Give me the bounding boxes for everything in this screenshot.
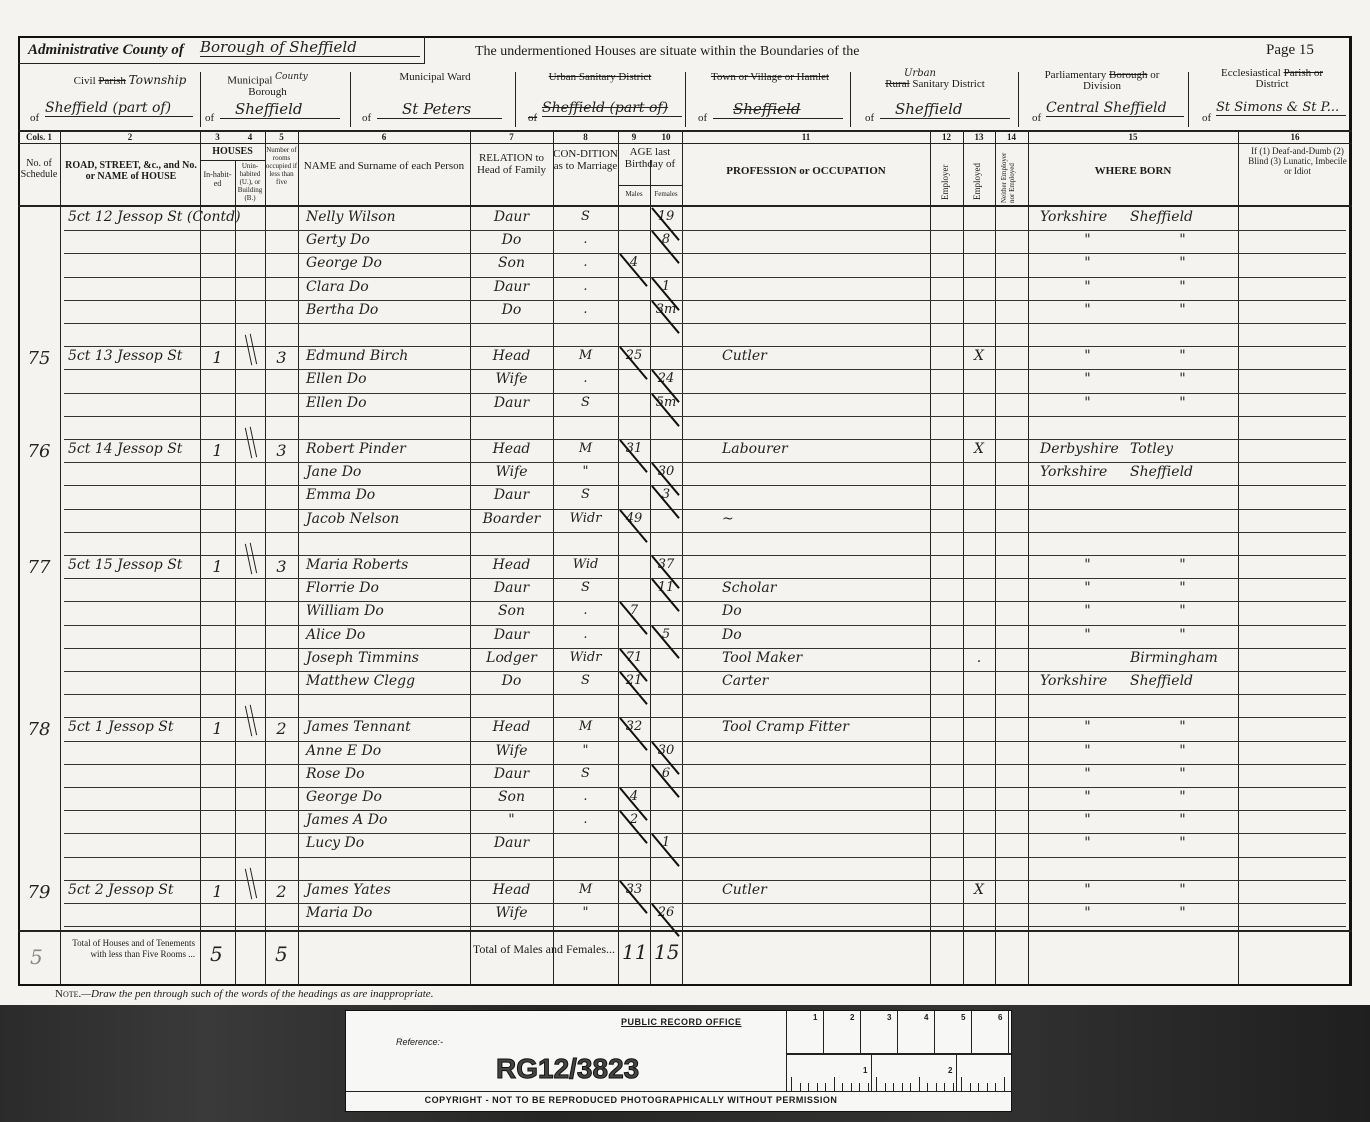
division-label-sanitary-district: UrbanRural Sanitary District (855, 68, 1015, 90)
employed-mark: X (963, 441, 995, 457)
col-heading-condition: CON-DITION as to Marriage (553, 148, 618, 172)
person-name: George Do (306, 255, 470, 271)
table-row (0, 532, 1370, 555)
col-heading-males: Males (618, 190, 650, 199)
rooms-total: 5 (275, 942, 288, 966)
table-row: Alice DoDaur.5Do"" (0, 625, 1370, 648)
birth-place: " (1130, 302, 1235, 318)
address: 5ct 13 Jessop St (68, 348, 200, 364)
col-heading-neither: Neither Employer nor Employed (1000, 148, 1024, 203)
occupation: Tool Maker (722, 650, 930, 666)
person-name: Bertha Do (306, 302, 470, 318)
scale-minor-tick (808, 1083, 809, 1091)
scale-minor-tick (885, 1083, 886, 1091)
occupation: Do (722, 603, 930, 619)
table-row: Bertha DoDo.3m"" (0, 300, 1370, 323)
division-label-urban-sanitary: Urban Sanitary District (520, 72, 680, 83)
record-office-label: PUBLIC RECORD OFFICE (621, 1017, 742, 1027)
division-label-municipal-borough: Municipal County Borough (210, 72, 325, 98)
col-heading-uninhabited: Unin-habited (U.), or Building (B.) (235, 162, 265, 202)
col-heading-houses: HOUSES (200, 146, 265, 157)
scale-minor-tick (825, 1083, 826, 1091)
relation: Wife (470, 371, 553, 387)
reference-code: RG12/3823 (496, 1053, 639, 1085)
scale-minor-tick (927, 1083, 928, 1091)
person-name: Gerty Do (306, 232, 470, 248)
person-name: Rose Do (306, 766, 470, 782)
of-prefix: of (205, 112, 214, 124)
table-row: Ellen DoDaurS5m"" (0, 393, 1370, 416)
marital-condition: . (553, 255, 618, 270)
column-number: 4 (235, 132, 265, 142)
column-number: 3 (200, 132, 235, 142)
schedule-total: 5 (30, 945, 43, 969)
marital-condition: M (553, 719, 618, 734)
table-row: 795ct 2 Jessop St12James YatesHeadM33Cut… (0, 880, 1370, 903)
column-number: 13 (963, 132, 995, 142)
scale-minor-tick (919, 1077, 920, 1091)
relation: Head (470, 557, 553, 573)
birth-county: " (1040, 279, 1135, 295)
birth-place: Sheffield (1130, 209, 1235, 225)
birth-place: " (1130, 627, 1235, 643)
birth-place: " (1130, 835, 1235, 851)
relation: Head (470, 882, 553, 898)
person-name: James Tennant (306, 719, 470, 735)
division-label-civil-parish: Civil Parish Township (55, 75, 205, 87)
table-row: Maria DoWife"26"" (0, 903, 1370, 926)
relation: Son (470, 789, 553, 805)
person-name: Ellen Do (306, 371, 470, 387)
column-number: 16 (1238, 132, 1352, 142)
occupation: Labourer (722, 441, 930, 457)
table-row: Florrie DoDaurS11Scholar"" (0, 578, 1370, 601)
schedule-number: 79 (18, 882, 60, 903)
birth-place: " (1130, 255, 1235, 271)
column-number: 2 (60, 132, 200, 142)
scale-label: 3 (887, 1013, 891, 1022)
marital-condition: S (553, 395, 618, 410)
birth-county: " (1040, 603, 1135, 619)
table-row: Clara DoDaur.1"" (0, 277, 1370, 300)
birth-place: " (1130, 279, 1235, 295)
column-number: 7 (470, 132, 553, 142)
birth-county: " (1040, 766, 1135, 782)
division-value-municipal-ward: St Peters (377, 100, 502, 119)
scale-minor-tick (936, 1083, 937, 1091)
person-name: Alice Do (306, 627, 470, 643)
scale-tick (956, 1055, 957, 1091)
scale-label: 2 (850, 1013, 854, 1022)
table-row: Lucy DoDaur1"" (0, 833, 1370, 856)
inhabited-count: 1 (200, 441, 235, 460)
relation: Daur (470, 209, 553, 225)
birth-place: Sheffield (1130, 464, 1235, 480)
birth-county: " (1040, 743, 1135, 759)
table-row: 5ct 12 Jessop St (Contd)Nelly WilsonDaur… (0, 207, 1370, 230)
schedule-number: 76 (18, 441, 60, 462)
birth-place: Birmingham (1130, 650, 1235, 666)
scale-tick (897, 1011, 898, 1053)
division-value-municipal-borough: Sheffield (220, 100, 340, 119)
page-number: Page 15 (1266, 42, 1314, 59)
person-name: Ellen Do (306, 395, 470, 411)
occupation: Cutler (722, 348, 930, 364)
col-heading-inhabited: In-habit-ed (200, 170, 235, 188)
persons-total-label: Total of Males and Females... (420, 942, 615, 957)
marital-condition: " (553, 464, 618, 479)
marital-condition: S (553, 487, 618, 502)
scale-minor-tick (978, 1083, 979, 1091)
public-record-office-card: PUBLIC RECORD OFFICE Reference:- RG12/38… (345, 1010, 1012, 1112)
marital-condition: S (553, 766, 618, 781)
admin-county-box-bottom (18, 63, 424, 64)
birth-county: " (1040, 348, 1135, 364)
relation: Do (470, 302, 553, 318)
scale-tick (1008, 1011, 1009, 1053)
scale-tick (934, 1011, 935, 1053)
table-row: Jacob NelsonBoarderWidr49~ (0, 509, 1370, 532)
table-row: 785ct 1 Jessop St12James TennantHeadM32T… (0, 717, 1370, 740)
scale-minor-tick (851, 1083, 852, 1091)
division-label-parliamentary: Parliamentary Borough orDivision (1022, 70, 1182, 92)
person-name: Emma Do (306, 487, 470, 503)
person-name: Edmund Birch (306, 348, 470, 364)
card-rule (346, 1091, 1011, 1092)
inhabited-count: 1 (200, 719, 235, 738)
of-prefix: of (1202, 112, 1211, 124)
birth-county: " (1040, 371, 1135, 387)
column-number: 9 (618, 132, 650, 142)
table-row (0, 323, 1370, 346)
scale-minor-tick (961, 1077, 962, 1091)
division-value-parliamentary: Central Sheffield (1046, 100, 1184, 117)
of-prefix: of (698, 112, 707, 124)
schedule-number: 75 (18, 348, 60, 369)
houses-rule (200, 160, 265, 161)
birth-county: Yorkshire (1040, 673, 1135, 689)
scale-minor-tick (995, 1083, 996, 1091)
address: 5ct 15 Jessop St (68, 557, 200, 573)
marital-condition: S (553, 580, 618, 595)
scale-tick (860, 1011, 861, 1053)
marital-condition: . (553, 302, 618, 317)
column-number: Cols. 1 (18, 132, 60, 142)
birth-place: " (1130, 719, 1235, 735)
scale-minor-tick (834, 1077, 835, 1091)
birth-county: " (1040, 905, 1135, 921)
scale-label: 4 (924, 1013, 928, 1022)
relation: Head (470, 348, 553, 364)
birth-place: " (1130, 766, 1235, 782)
division-label-ecclesiastical: Ecclesiastical Parish orDistrict (1192, 68, 1352, 90)
scale-minor-tick (902, 1083, 903, 1091)
scale-tick (871, 1055, 872, 1091)
of-prefix: of (865, 112, 874, 124)
table-row (0, 694, 1370, 717)
relation: Son (470, 255, 553, 271)
inhabited-count: 1 (200, 557, 235, 576)
divider (685, 72, 686, 127)
col-heading-infirmity: If (1) Deaf-and-Dumb (2) Blind (3) Lunat… (1245, 146, 1350, 176)
marital-condition: . (553, 371, 618, 386)
marital-condition: Widr (553, 511, 618, 526)
col-heading-employer: Employer (940, 150, 950, 200)
scale-minor-tick (791, 1077, 792, 1091)
marital-condition: " (553, 905, 618, 920)
person-name: Joseph Timmins (306, 650, 470, 666)
scale-minor-tick (910, 1083, 911, 1091)
column-number: 5 (265, 132, 298, 142)
scale-minor-tick (868, 1083, 869, 1091)
scale-minor-tick (842, 1083, 843, 1091)
birth-county: " (1040, 882, 1135, 898)
divider (515, 72, 516, 127)
column-number: 8 (553, 132, 618, 142)
scale-border (786, 1011, 787, 1091)
division-value-town-village: Sheffield (713, 100, 843, 119)
col-heading-schedule: No. of Schedule (18, 158, 60, 180)
division-value-ecclesiastical: St Simons & St P... (1216, 100, 1346, 116)
rooms-count: 3 (265, 557, 298, 576)
relation: Daur (470, 580, 553, 596)
birth-county: " (1040, 557, 1135, 573)
person-name: Florrie Do (306, 580, 470, 596)
table-row: 755ct 13 Jessop St13Edmund BirchHeadM25C… (0, 346, 1370, 369)
person-name: Clara Do (306, 279, 470, 295)
col-heading-road: ROAD, STREET, &c., and No. or NAME of HO… (62, 160, 200, 182)
scale-minor-tick (944, 1083, 945, 1091)
relation: Lodger (470, 650, 553, 666)
scale-tick (971, 1011, 972, 1053)
birth-place: " (1130, 905, 1235, 921)
relation: Do (470, 232, 553, 248)
birth-place: " (1130, 812, 1235, 828)
houses-total-label: Total of Houses and of Tenements with le… (65, 938, 195, 960)
birth-place: " (1130, 395, 1235, 411)
marital-condition: Wid (553, 557, 618, 572)
column-number: 12 (930, 132, 963, 142)
address: 5ct 1 Jessop St (68, 719, 200, 735)
relation: Daur (470, 487, 553, 503)
column-number: 10 (650, 132, 682, 142)
scale-minor-tick (953, 1083, 954, 1091)
birth-county: " (1040, 302, 1135, 318)
scale-minor-tick (817, 1083, 818, 1091)
birth-county: " (1040, 580, 1135, 596)
table-row: William DoSon.7Do"" (0, 601, 1370, 624)
divider (1018, 72, 1019, 127)
intro-text: The undermentioned Houses are situate wi… (475, 44, 860, 60)
of-prefix: of (362, 112, 371, 124)
column-number: 14 (995, 132, 1028, 142)
col-heading-employed: Employed (972, 150, 982, 200)
person-name: William Do (306, 603, 470, 619)
schedule-number: 78 (18, 719, 60, 740)
scale-tick (823, 1011, 824, 1053)
division-value-civil-parish: Sheffield (part of) (45, 100, 193, 117)
birth-county: Derbyshire (1040, 441, 1135, 457)
divider (850, 72, 851, 127)
division-value-sanitary-district: Sheffield (880, 100, 1010, 119)
admin-county-label: Administrative County of (28, 42, 184, 59)
females-total: 15 (654, 940, 679, 964)
scale-minor-tick (970, 1083, 971, 1091)
table-row (0, 857, 1370, 880)
footnote-text: —Draw the pen through such of the words … (81, 988, 433, 1000)
column-number: 6 (298, 132, 470, 142)
relation: Wife (470, 743, 553, 759)
schedule-number: 77 (18, 557, 60, 578)
birth-place: " (1130, 882, 1235, 898)
header-rule (18, 143, 1352, 144)
person-name: Anne E Do (306, 743, 470, 759)
birth-county: " (1040, 812, 1135, 828)
table-row: George DoSon.4"" (0, 253, 1370, 276)
scale-minor-tick (1004, 1077, 1005, 1091)
scale-label: 1 (863, 1066, 867, 1075)
relation: Daur (470, 835, 553, 851)
table-row (0, 416, 1370, 439)
table-row: 775ct 15 Jessop St13Maria RobertsHeadWid… (0, 555, 1370, 578)
scale-divider (786, 1053, 1011, 1055)
admin-county-box-side (424, 36, 425, 64)
table-row: Emma DoDaurS3 (0, 485, 1370, 508)
birth-county: " (1040, 627, 1135, 643)
table-row: Matthew CleggDoS21CarterYorkshireSheffie… (0, 671, 1370, 694)
col-heading-where-born: WHERE BORN (1028, 165, 1238, 177)
rooms-count: 2 (265, 882, 298, 901)
rooms-count: 3 (265, 348, 298, 367)
col-heading-females: Females (650, 190, 682, 199)
birth-place: " (1130, 603, 1235, 619)
birth-place: " (1130, 789, 1235, 805)
footnote-label: Note. (55, 988, 81, 1000)
relation: Wife (470, 464, 553, 480)
occupation: ~ (722, 511, 930, 527)
relation: Boarder (470, 511, 553, 527)
occupation: Cutler (722, 882, 930, 898)
marital-condition: M (553, 882, 618, 897)
relation: " (470, 812, 553, 828)
relation: Daur (470, 279, 553, 295)
divider (1188, 72, 1189, 127)
birth-county: " (1040, 232, 1135, 248)
marital-condition: S (553, 209, 618, 224)
table-row: Joseph TimminsLodgerWidr71Tool Maker.Bir… (0, 648, 1370, 671)
table-row: 765ct 14 Jessop St13Robert PinderHeadM31… (0, 439, 1370, 462)
col-heading-rooms: Number of rooms occupied if less than fi… (265, 146, 298, 186)
admin-county-value: Borough of Sheffield (200, 38, 420, 57)
occupation: Scholar (722, 580, 930, 596)
reference-label: Reference:- (396, 1037, 443, 1047)
scale-minor-tick (893, 1083, 894, 1091)
scale-label: 1 (813, 1013, 817, 1022)
person-name: Maria Do (306, 905, 470, 921)
marital-condition: Widr (553, 650, 618, 665)
rooms-count: 3 (265, 441, 298, 460)
marital-condition: . (553, 789, 618, 804)
marital-condition: . (553, 812, 618, 827)
relation: Daur (470, 766, 553, 782)
scale-minor-tick (876, 1077, 877, 1091)
column-number: 11 (682, 132, 930, 142)
table-row: George DoSon.4"" (0, 787, 1370, 810)
employed-mark: . (963, 650, 995, 666)
division-value-urban-sanitary: Sheffield (part of) (542, 100, 682, 117)
of-prefix: of (1032, 112, 1041, 124)
birth-county: " (1040, 719, 1135, 735)
col-heading-occupation: PROFESSION or OCCUPATION (682, 165, 930, 177)
person-name: George Do (306, 789, 470, 805)
rooms-count: 2 (265, 719, 298, 738)
of-prefix: of (30, 112, 39, 124)
col-heading-relation: RELATION to Head of Family (470, 152, 553, 176)
scale-label: 6 (998, 1013, 1002, 1022)
inhabited-count: 1 (200, 882, 235, 901)
person-name: Lucy Do (306, 835, 470, 851)
scale-label: 2 (948, 1066, 952, 1075)
birth-county: " (1040, 395, 1135, 411)
occupation: Carter (722, 673, 930, 689)
person-name: Matthew Clegg (306, 673, 470, 689)
birth-place: " (1130, 743, 1235, 759)
person-name: Maria Roberts (306, 557, 470, 573)
of-prefix: of (528, 112, 537, 124)
address: 5ct 2 Jessop St (68, 882, 200, 898)
relation: Head (470, 719, 553, 735)
marital-condition: . (553, 627, 618, 642)
birth-place: " (1130, 348, 1235, 364)
person-name: Jacob Nelson (306, 511, 470, 527)
relation: Wife (470, 905, 553, 921)
scale-minor-tick (987, 1083, 988, 1091)
col-heading-name: NAME and Surname of each Person (298, 160, 470, 172)
birth-county: Yorkshire (1040, 209, 1135, 225)
relation: Do (470, 673, 553, 689)
totals-rule (18, 930, 1352, 932)
table-row: James A Do".2"" (0, 810, 1370, 833)
birth-place: " (1130, 232, 1235, 248)
person-name: Robert Pinder (306, 441, 470, 457)
birth-place: " (1130, 557, 1235, 573)
table-row: Ellen DoWife.24"" (0, 369, 1370, 392)
marital-condition: . (553, 603, 618, 618)
person-name: James Yates (306, 882, 470, 898)
table-row: Anne E DoWife"30"" (0, 741, 1370, 764)
person-name: James A Do (306, 812, 470, 828)
relation: Daur (470, 627, 553, 643)
employed-mark: X (963, 882, 995, 898)
birth-county: " (1040, 835, 1135, 851)
birth-place: Sheffield (1130, 673, 1235, 689)
marital-condition: " (553, 743, 618, 758)
divider (350, 72, 351, 127)
marital-condition: . (553, 279, 618, 294)
employed-mark: X (963, 348, 995, 364)
division-label-municipal-ward: Municipal Ward (360, 72, 510, 83)
occupation: Tool Cramp Fitter (722, 719, 930, 735)
marital-condition: . (553, 232, 618, 247)
scale-label: 5 (961, 1013, 965, 1022)
address: 5ct 14 Jessop St (68, 441, 200, 457)
table-row: Gerty DoDo.8"" (0, 230, 1370, 253)
relation: Daur (470, 395, 553, 411)
marital-condition: M (553, 348, 618, 363)
birth-county: " (1040, 789, 1135, 805)
divider (200, 72, 201, 127)
birth-place: " (1130, 580, 1235, 596)
